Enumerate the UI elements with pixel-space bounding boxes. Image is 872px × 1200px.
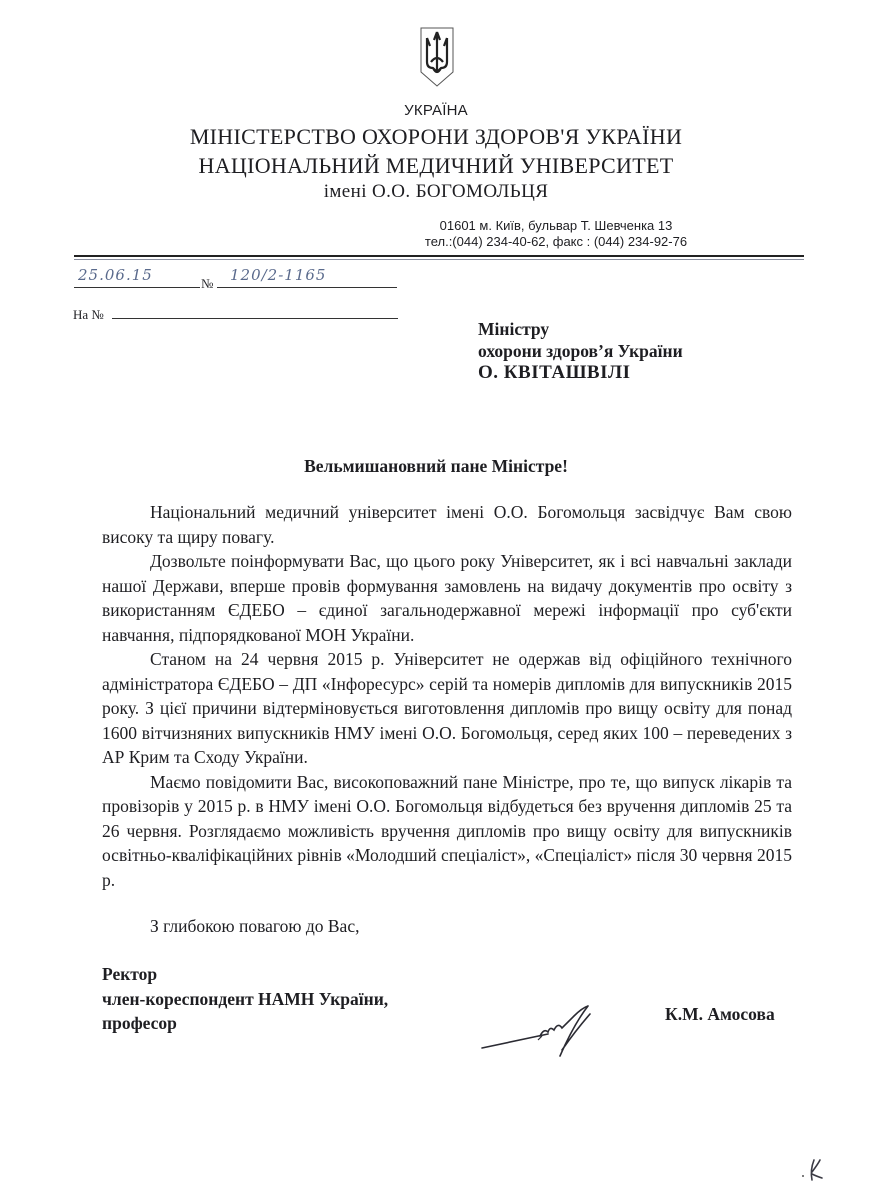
signatory-name: К.М. Амосова	[665, 1004, 775, 1025]
signatory-title-academy: член-кореспондент НАМН України,	[102, 987, 388, 1012]
date-underline	[74, 287, 200, 288]
registration-date: 25.06.15	[78, 266, 153, 284]
handwritten-signature-icon	[478, 1000, 638, 1060]
letterhead-divider	[74, 255, 804, 257]
letterhead-phones: тел.:(044) 234-40-62, факс : (044) 234-9…	[120, 234, 872, 249]
recipient-line-2: охорони здоров’я України	[478, 340, 683, 362]
recipient-block: Міністру охорони здоров’я України О. КВІ…	[478, 318, 683, 384]
signatory-title-rector: Ректор	[102, 962, 388, 987]
letter-body: Національний медичний університет імені …	[102, 500, 792, 892]
signatory-titles: Ректор член-кореспондент НАМН України, п…	[102, 962, 388, 1036]
letterhead-university: НАЦІОНАЛЬНИЙ МЕДИЧНИЙ УНІВЕРСИТЕТ	[0, 153, 872, 179]
signatory-title-professor: професор	[102, 1011, 388, 1036]
recipient-name: О. КВІТАШВІЛІ	[478, 362, 683, 384]
recipient-line-1: Міністру	[478, 318, 683, 340]
letterhead-country: УКРАЇНА	[0, 102, 872, 119]
reply-to-label: На №	[73, 307, 104, 323]
paragraph: Станом на 24 червня 2015 р. Університет …	[102, 647, 792, 770]
paragraph: Маємо повідомити Вас, високоповажний пан…	[102, 770, 792, 893]
handwritten-initials-icon	[800, 1154, 830, 1184]
number-sign-label: №	[201, 276, 213, 292]
letterhead-address: 01601 м. Київ, бульвар Т. Шевченка 13	[120, 218, 872, 233]
trident-coat-of-arms-icon	[419, 26, 455, 88]
letterhead-ministry: МІНІСТЕРСТВО ОХОРОНИ ЗДОРОВ'Я УКРАЇНИ	[0, 124, 872, 150]
paragraph: Дозвольте поінформувати Вас, що цього ро…	[102, 549, 792, 647]
registration-number: 120/2-1165	[230, 266, 326, 284]
paragraph: Національний медичний університет імені …	[102, 500, 792, 549]
number-underline	[217, 287, 397, 288]
reply-to-underline	[112, 318, 398, 319]
letterhead-divider-thin	[74, 259, 804, 260]
closing: З глибокою повагою до Вас,	[150, 916, 359, 937]
letterhead-named-after: імені О.О. БОГОМОЛЬЦЯ	[0, 181, 872, 203]
salutation: Вельмишановний пане Міністре!	[0, 456, 872, 477]
